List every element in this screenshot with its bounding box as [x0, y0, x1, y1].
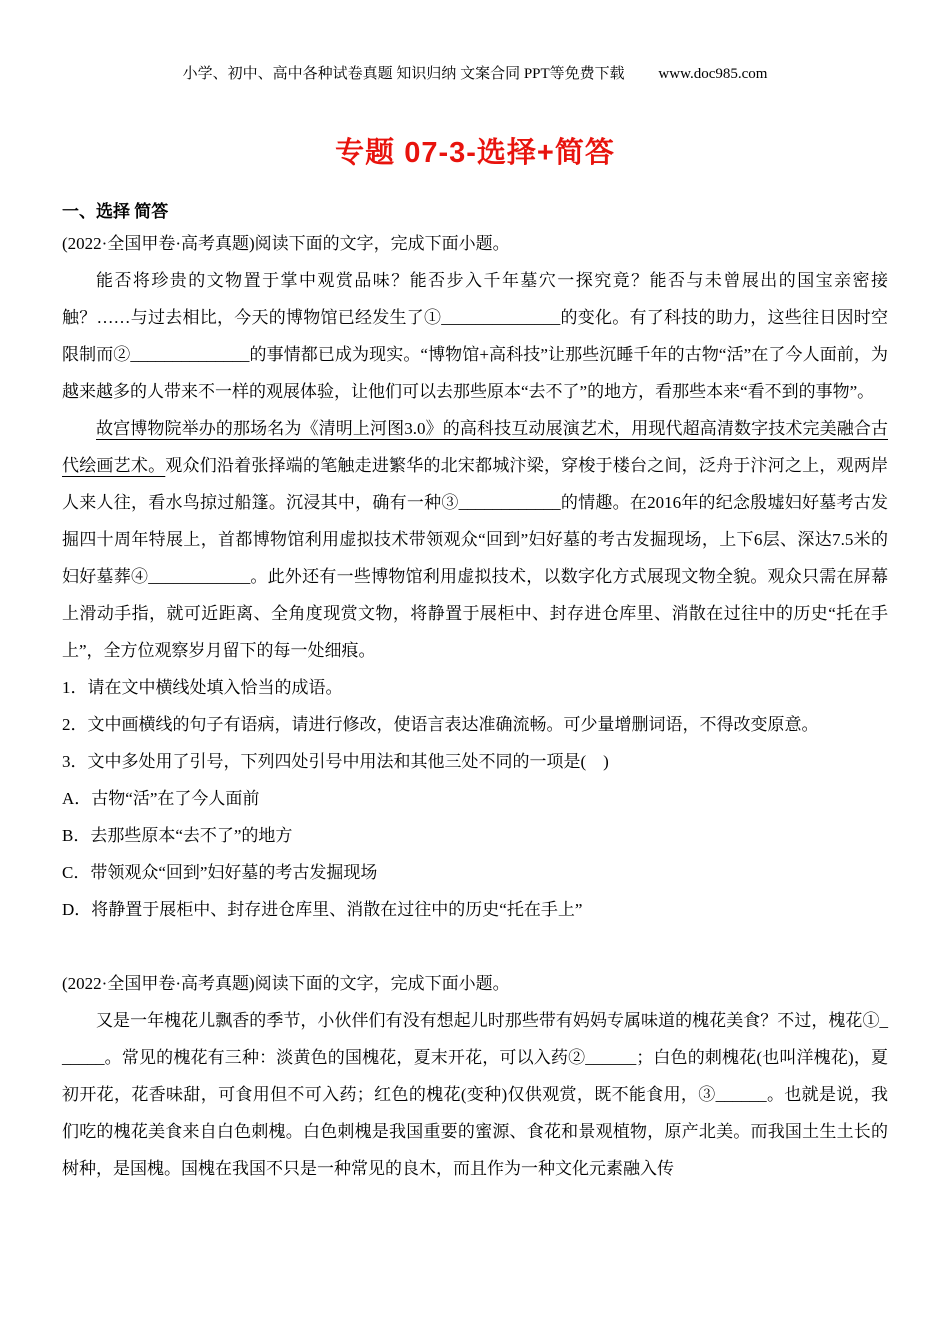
question-1: 1．请在文中横线处填入恰当的成语。: [62, 669, 888, 706]
option-c: C．带领观众“回到”妇好墓的考古发掘现场: [62, 854, 888, 891]
passage1-paragraph-2-rest: 观众们沿着张择端的笔触走进繁华的北宋都城汴梁，穿梭于楼台之间，泛舟于汴河之上，观…: [62, 456, 888, 660]
passage1-paragraph-1: 能否将珍贵的文物置于掌中观赏品味？能否步入千年墓穴一探究竟？能否与未曾展出的国宝…: [62, 262, 888, 410]
option-b: B．去那些原本“去不了”的地方: [62, 817, 888, 854]
passage1-paragraph-2: 故宫博物院举办的那场名为《清明上河图3.0》的高科技互动展演艺术，用现代超高清数…: [62, 410, 888, 669]
passage1-source-line: (2022·全国甲卷·高考真题)阅读下面的文字，完成下面小题。: [62, 225, 888, 262]
question-2: 2．文中画横线的句子有语病，请进行修改，使语言表达准确流畅。可少量增删词语，不得…: [62, 706, 888, 743]
option-a: A．古物“活”在了今人面前: [62, 780, 888, 817]
doc-title: 专题 07-3-选择+简答: [62, 130, 888, 171]
passage2-source-line: (2022·全国甲卷·高考真题)阅读下面的文字，完成下面小题。: [62, 965, 888, 1002]
site-header-text: 小学、初中、高中各种试卷真题 知识归纳 文案合同 PPT等免费下载: [183, 66, 625, 82]
site-url-link[interactable]: www.doc985.com: [658, 66, 767, 82]
passage2-paragraph-1: 又是一年槐花儿飘香的季节，小伙伴们有没有想起儿时那些带有妈妈专属味道的槐花美食？…: [62, 1002, 888, 1187]
section-heading: 一、选择 简答: [62, 199, 888, 225]
site-header: 小学、初中、高中各种试卷真题 知识归纳 文案合同 PPT等免费下载 www.do…: [62, 64, 888, 84]
option-d: D．将静置于展柜中、封存进仓库里、消散在过往中的历史“托在手上”: [62, 891, 888, 928]
document-page: 小学、初中、高中各种试卷真题 知识归纳 文案合同 PPT等免费下载 www.do…: [0, 0, 950, 1344]
question-3: 3．文中多处用了引号，下列四处引号中用法和其他三处不同的一项是( ): [62, 743, 888, 780]
